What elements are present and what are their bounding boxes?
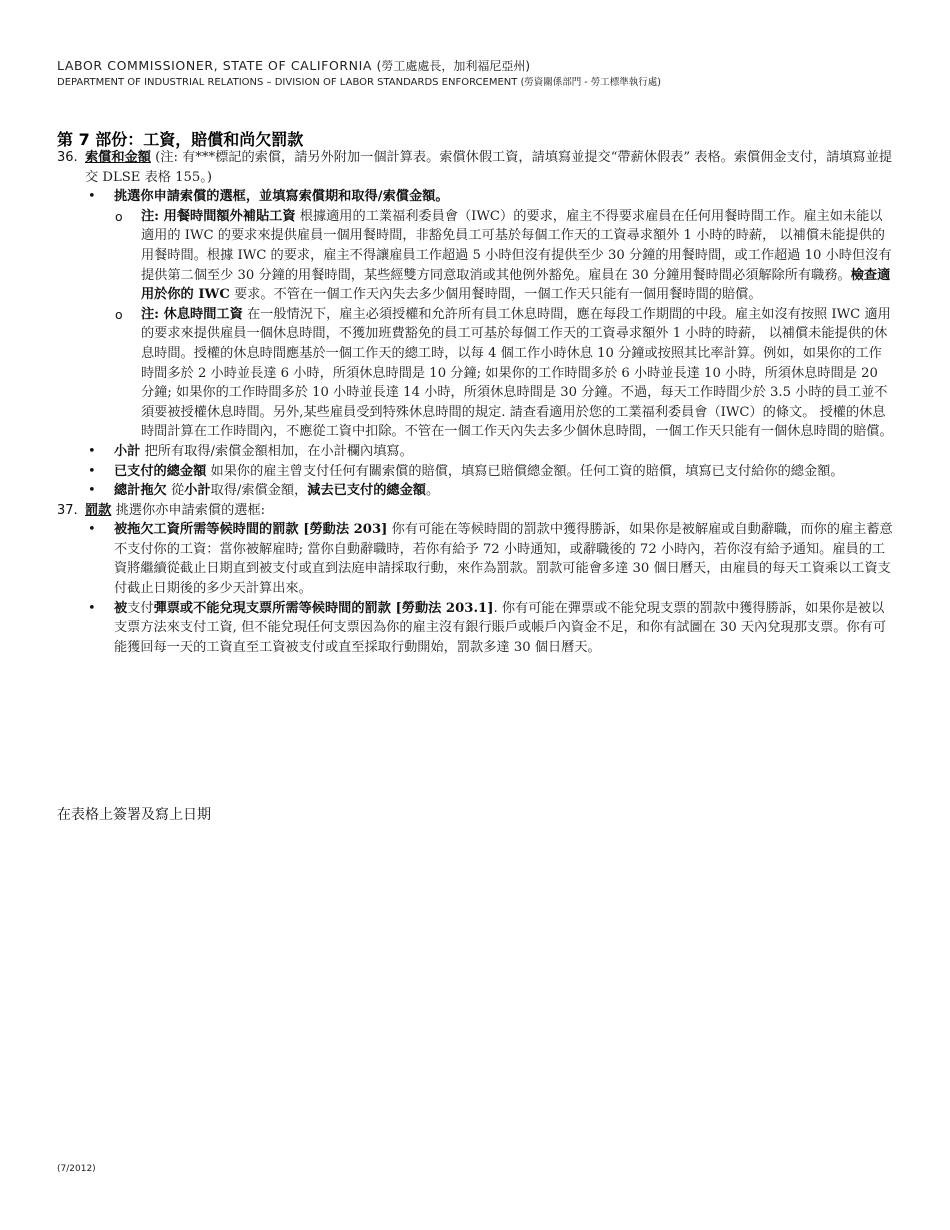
sign-and-date-instruction: 在表格上簽署及寫上日期 — [57, 804, 211, 824]
list-item-text: 把所有取得/索償金額相加，在小計欄內填寫。 — [140, 444, 412, 459]
list-item-label: 被 — [114, 601, 127, 616]
list-item: • 挑選你申請索償的選框，並填寫索償期和取得/索償金額。 — [57, 187, 895, 207]
list-item-label: 小計 — [114, 444, 140, 459]
list-item-total-owed: • 總計拖欠 從小計取得/索償金額，減去已支付的總金額。 — [57, 481, 895, 501]
list-item-text: 取得/索償金額， — [211, 483, 308, 498]
sub-item-label: 注: 休息時間工資 — [141, 307, 243, 322]
sub-bullet-icon: o — [115, 305, 123, 325]
sub-list-item-rest-period: o 注: 休息時間工資 在一般情況下，雇主必須授權和允許所有員工休息時間，應在每… — [57, 305, 895, 442]
list-item-label-plain: 支付 — [127, 601, 153, 616]
list-item-label: 挑選你申請索償的選框，並填寫索償期和取得/索償金額。 — [114, 189, 449, 204]
list-item-bold: 小計 — [184, 483, 210, 498]
sub-bullet-icon: o — [115, 207, 123, 227]
document-body: 36. 索償和金額 (注: 有***標記的索償，請另外附加一個計算表。索償休假工… — [57, 148, 895, 657]
bullet-icon: • — [88, 481, 96, 501]
list-item-label: 彈票或不能兌現支票所需等候時間的罰款 [勞動法 203.1] — [154, 601, 494, 616]
sub-list-item-meal-period: o 注: 用餐時間額外補貼工資 根據適用的工業福利委員會（IWC）的要求，雇主不… — [57, 207, 895, 305]
list-item-text: 從 — [167, 483, 184, 498]
agency-header: LABOR COMMISSIONER, STATE OF CALIFORNIA … — [57, 57, 530, 74]
list-item-label: 被拖欠工資所需等候時間的罰款 [勞動法 203] — [114, 522, 387, 537]
bullet-icon: • — [88, 520, 96, 540]
bullet-icon: • — [88, 599, 96, 619]
section-title: 第 7 部份：工資，賠償和尚欠罰款 — [57, 127, 303, 150]
list-item-text: 如果你的雇主曾支付任何有關索償的賠償，填寫已賠償總金額。任何工資的賠償，填寫已支… — [206, 464, 843, 479]
item-36: 36. 索償和金額 (注: 有***標記的索償，請另外附加一個計算表。索償休假工… — [57, 148, 895, 187]
list-item-label: 總計拖欠 — [114, 483, 167, 498]
agency-name-en: LABOR COMMISSIONER, STATE OF CALIFORNIA — [57, 58, 372, 73]
list-item-waiting-time-penalty: • 被拖欠工資所需等候時間的罰款 [勞動法 203] 你有可能在等候時間的罰款中… — [57, 520, 895, 598]
sub-item-label: 注: 用餐時間額外補貼工資 — [141, 209, 296, 224]
list-item-text: 。 — [426, 483, 439, 498]
bullet-icon: • — [88, 462, 96, 482]
item-number: 36. — [57, 148, 78, 168]
item-title: 罰款 — [85, 503, 111, 518]
list-item-bounced-check-penalty: • 被支付彈票或不能兌現支票所需等候時間的罰款 [勞動法 203.1]. 你有可… — [57, 599, 895, 658]
list-item-label: 已支付的總金額 — [114, 464, 206, 479]
revision-date: (7/2012) — [57, 1164, 96, 1174]
item-note: (注: 有***標記的索償，請另外附加一個計算表。索償休假工資，請填寫並提交“帶… — [85, 150, 892, 185]
list-item-bold: 減去已支付的總金額 — [307, 483, 426, 498]
agency-name-cn: (勞工處處長，加利福尼亞州) — [377, 59, 530, 73]
item-note: 挑選你亦申請索償的選框: — [111, 503, 265, 518]
department-name-cn: (勞資關係部門 - 勞工標準執行處) — [521, 77, 661, 88]
list-item-subtotal: • 小計 把所有取得/索償金額相加，在小計欄內填寫。 — [57, 442, 895, 462]
item-number: 37. — [57, 501, 78, 521]
department-name-en: DEPARTMENT OF INDUSTRIAL RELATIONS – DIV… — [57, 77, 517, 88]
bullet-icon: • — [88, 187, 96, 207]
item-37: 37. 罰款 挑選你亦申請索償的選框: — [57, 501, 895, 521]
sub-item-tail: 要求。不管在一個工作天內失去多少個用餐時間，一個工作天只能有一個用餐時間的賠償。 — [230, 287, 762, 302]
list-item-amount-paid: • 已支付的總金額 如果你的雇主曾支付任何有關索償的賠償，填寫已賠償總金額。任何… — [57, 462, 895, 482]
sub-item-text: 在一般情況下，雇主必須授權和允許所有員工休息時間，應在每段工作期間的中段。雇主如… — [141, 307, 893, 440]
bullet-icon: • — [88, 442, 96, 462]
item-title: 索償和金額 — [85, 150, 151, 165]
department-header: DEPARTMENT OF INDUSTRIAL RELATIONS – DIV… — [57, 74, 661, 88]
